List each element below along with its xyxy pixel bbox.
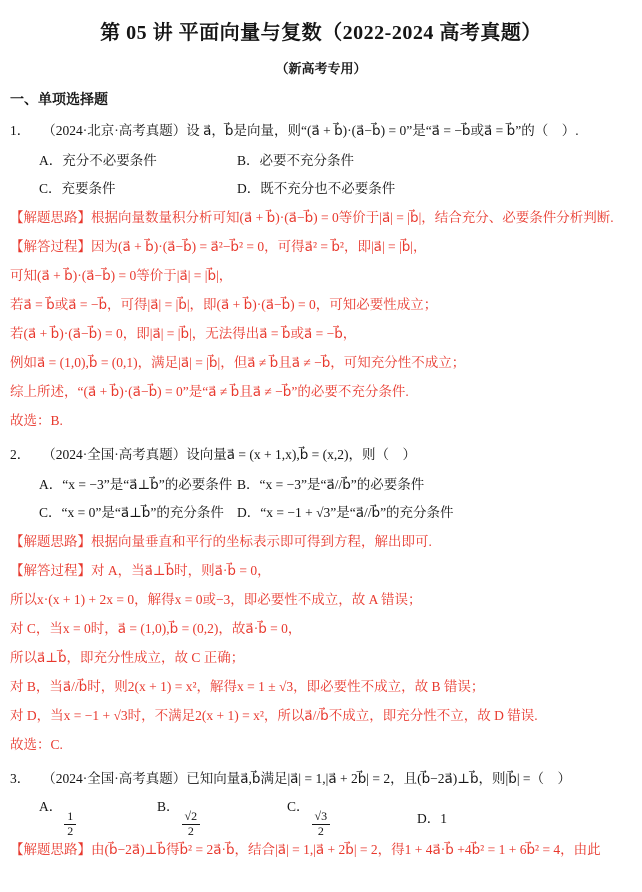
document-page: 第 05 讲 平面向量与复数（2022-2024 高考真题） （新高考专用） 一… xyxy=(0,0,642,864)
option-item: B．必要不充分条件 xyxy=(237,147,632,175)
question-number: 2． xyxy=(10,439,30,471)
option-label: C． xyxy=(287,799,310,814)
option-label: D． xyxy=(417,811,440,826)
option-item: D．既不充分也不必要条件 xyxy=(237,175,632,203)
solution-line: 【解题思路】根据向量垂直和平行的坐标表示即可得到方程，解出即可. xyxy=(10,527,632,556)
solution-line: 若a⃗ = b⃗或a⃗ = −b⃗，可得|a⃗| = |b⃗|，即(a⃗ + b… xyxy=(10,290,632,319)
question-text: （2024·全国·高考真题）已知向量a⃗,b⃗满足|a⃗| = 1,|a⃗ + … xyxy=(42,771,571,786)
solution-line: 所以a⃗⊥b⃗，即充分性成立，故 C 正确； xyxy=(10,643,632,672)
solution-line: 所以x·(x + 1) + 2x = 0，解得x = 0或−3，即必要性不成立，… xyxy=(10,585,632,614)
question-2-options: A．“x = −3”是“a⃗⊥b⃗”的必要条件 B．“x = −3”是“a⃗//… xyxy=(10,471,632,527)
question-stem: 3．（2024·全国·高考真题）已知向量a⃗,b⃗满足|a⃗| = 1,|a⃗ … xyxy=(10,763,632,795)
option-item: B．“x = −3”是“a⃗//b⃗”的必要条件 xyxy=(237,471,632,499)
solution-line: 对 D，当x = −1 + √3时，不满足2(x + 1) = x²，所以a⃗/… xyxy=(10,701,632,730)
question-2: 2．（2024·全国·高考真题）设向量a⃗ = (x + 1,x),b⃗ = (… xyxy=(10,439,632,759)
option-label: A． xyxy=(39,799,62,814)
solution-answer: 故选：B. xyxy=(10,406,632,435)
question-number: 1． xyxy=(10,115,30,147)
fraction-numerator: √3 xyxy=(312,810,331,825)
solution-line: 若(a⃗ + b⃗)·(a⃗−b⃗) = 0，即|a⃗| = |b⃗|，无法得出… xyxy=(10,319,632,348)
question-stem: 2．（2024·全国·高考真题）设向量a⃗ = (x + 1,x),b⃗ = (… xyxy=(10,439,632,471)
solution-line: 【解题思路】由(b⃗−2a⃗)⊥b⃗得b⃗² = 2a⃗·b⃗，结合|a⃗| =… xyxy=(10,835,632,864)
doc-subtitle: （新高考专用） xyxy=(10,60,632,78)
question-1: 1．（2024·北京·高考真题）设 a⃗，b⃗是向量，则“(a⃗ + b⃗)·(… xyxy=(10,115,632,435)
solution-line: 【解答过程】因为(a⃗ + b⃗)·(a⃗−b⃗) = a⃗²−b⃗² = 0，… xyxy=(10,232,632,261)
solution-line: 【解答过程】对 A，当a⃗⊥b⃗时，则a⃗·b⃗ = 0， xyxy=(10,556,632,585)
section-heading: 一、单项选择题 xyxy=(10,91,632,111)
solution-answer: 故选：C. xyxy=(10,730,632,759)
option-value: 1 xyxy=(440,811,447,826)
solution-line: 综上所述，“(a⃗ + b⃗)·(a⃗−b⃗) = 0”是“a⃗ ≠ b⃗且a⃗… xyxy=(10,377,632,406)
option-item: D．1 xyxy=(417,807,632,827)
fraction-numerator: 1 xyxy=(64,810,76,825)
question-1-options: A．充分不必要条件 B．必要不充分条件 C．充要条件 D．既不充分也不必要条件 xyxy=(10,147,632,203)
fraction-numerator: √2 xyxy=(182,810,201,825)
doc-title: 第 05 讲 平面向量与复数（2022-2024 高考真题） xyxy=(10,18,632,48)
question-3: 3．（2024·全国·高考真题）已知向量a⃗,b⃗满足|a⃗| = 1,|a⃗ … xyxy=(10,763,632,864)
option-item: C．√32 xyxy=(287,795,417,839)
question-stem: 1．（2024·北京·高考真题）设 a⃗，b⃗是向量，则“(a⃗ + b⃗)·(… xyxy=(10,115,632,147)
option-item: C．“x = 0”是“a⃗⊥b⃗”的充分条件 xyxy=(39,499,237,527)
solution-line: 对 B，当a⃗//b⃗时，则2(x + 1) = x²，解得x = 1 ± √3… xyxy=(10,672,632,701)
question-text: （2024·北京·高考真题）设 a⃗，b⃗是向量，则“(a⃗ + b⃗)·(a⃗… xyxy=(42,123,578,138)
option-item: B．√22 xyxy=(157,795,287,839)
solution-line: 对 C，当x = 0时，a⃗ = (1,0),b⃗ = (0,2)，故a⃗·b⃗… xyxy=(10,614,632,643)
solution-line: 可知(a⃗ + b⃗)·(a⃗−b⃗) = 0等价于|a⃗| = |b⃗|， xyxy=(10,261,632,290)
question-number: 3． xyxy=(10,763,30,795)
option-item: A．12 xyxy=(39,795,157,839)
option-item: A．“x = −3”是“a⃗⊥b⃗”的必要条件 xyxy=(39,471,237,499)
solution-line: 【解题思路】根据向量数量积分析可知(a⃗ + b⃗)·(a⃗−b⃗) = 0等价… xyxy=(10,203,632,232)
question-3-options: A．12 B．√22 C．√32 D．1 xyxy=(10,795,632,835)
option-item: C．充要条件 xyxy=(39,175,237,203)
option-item: A．充分不必要条件 xyxy=(39,147,237,175)
option-item: D．“x = −1 + √3”是“a⃗//b⃗”的充分条件 xyxy=(237,499,632,527)
question-text: （2024·全国·高考真题）设向量a⃗ = (x + 1,x),b⃗ = (x,… xyxy=(42,447,416,462)
solution-line: 例如a⃗ = (1,0),b⃗ = (0,1)，满足|a⃗| = |b⃗|，但a… xyxy=(10,348,632,377)
option-label: B． xyxy=(157,799,180,814)
